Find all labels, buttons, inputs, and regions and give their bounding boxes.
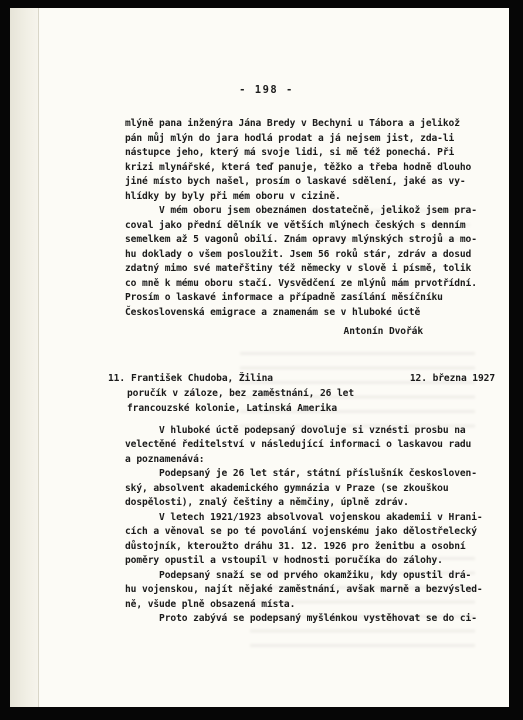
text-line: zdatný mimo své mateřštiny též německy v…: [125, 262, 477, 277]
text-line: hlídky by byly při mém oboru v cizině.: [125, 190, 477, 205]
text-line: krizi mlynářské, která teď panuje, těžko…: [125, 161, 477, 176]
letter-signature: Antonín Dvořák: [125, 325, 477, 340]
text-line: Podepsaný je 26 let stár, státní přísluš…: [125, 467, 477, 482]
text-line: Proto zabývá se podepsaný myšlénkou vyst…: [125, 612, 477, 627]
page-number: - 198 -: [10, 84, 509, 96]
text-line: semelkem až 5 vagonů obilí. Znám opravy …: [125, 233, 477, 248]
entry-name: František Chudoba, Žilina: [131, 371, 273, 386]
text-line: V hluboké úctě podepsaný dovoluje si vzn…: [125, 424, 477, 439]
entry-number: 11.: [108, 371, 125, 386]
text-line: poručík v záloze, bez zaměstnání, 26 let: [127, 386, 477, 401]
page-content: mlýně pana inženýra Jána Bredy v Bechyni…: [125, 117, 477, 627]
entry-details: poručík v záloze, bez zaměstnání, 26 let…: [127, 386, 477, 416]
text-line: jiné místo bych našel, prosím o laskavé …: [125, 175, 477, 190]
text-line: ský, absolvent akademického gymnázia v P…: [125, 482, 477, 497]
page-binding-edge: [10, 8, 39, 707]
text-line: V mém oboru jsem obeznámen dostatečně, j…: [125, 204, 477, 219]
text-line: Československá emigrace a znamenám se v …: [125, 306, 477, 321]
text-line: coval jako přední dělník ve větších mlýn…: [125, 219, 477, 234]
entry-date: 12. března 1927: [410, 371, 495, 386]
document-page: - 198 - mlýně pana inženýra Jána Bredy v…: [10, 8, 509, 707]
text-line: nástupce jeho, který má svoje lidi, si m…: [125, 146, 477, 161]
text-line: co mně k mému oboru stačí. Vysvědčení ze…: [125, 277, 477, 292]
scanned-book-photo: - 198 - mlýně pana inženýra Jána Bredy v…: [0, 0, 523, 720]
text-line: francouzské kolonie, Latinská Amerika: [127, 401, 477, 416]
text-line: důstojník, kteroužto dráhu 31. 12. 1926 …: [125, 540, 477, 555]
text-line: pán můj mlýn do jara hodlá prodat a já n…: [125, 132, 477, 147]
text-line: hu vojenskou, najít nějaké zaměstnání, a…: [125, 583, 477, 598]
text-line: Prosím o laskavé informace a případně za…: [125, 291, 477, 306]
text-line: cích a věnoval se po té povolání vojensk…: [125, 525, 477, 540]
text-line: mlýně pana inženýra Jána Bredy v Bechyni…: [125, 117, 477, 132]
text-line: Podepsaný snaží se od prvého okamžiku, k…: [125, 569, 477, 584]
text-line: velectěné ředitelství v následující info…: [125, 438, 477, 453]
entry-heading: 11. František Chudoba, Žilina 12. března…: [108, 371, 477, 386]
text-line: ně, všude plně obsazená místa.: [125, 598, 477, 613]
letter-body-paragraphs: V hluboké úctě podepsaný dovoluje si vzn…: [125, 424, 477, 627]
text-line: hu doklady o všem posloužit. Jsem 56 rok…: [125, 248, 477, 263]
letter-continued-paragraphs: mlýně pana inženýra Jána Bredy v Bechyni…: [125, 117, 477, 320]
text-line: dospělosti), znalý češtiny a němčiny, úp…: [125, 496, 477, 511]
text-line: V letech 1921/1923 absolvoval vojenskou …: [125, 511, 477, 526]
text-line: a poznamenává:: [125, 453, 477, 468]
text-line: poměry opustil a vstoupil v hodnosti por…: [125, 554, 477, 569]
